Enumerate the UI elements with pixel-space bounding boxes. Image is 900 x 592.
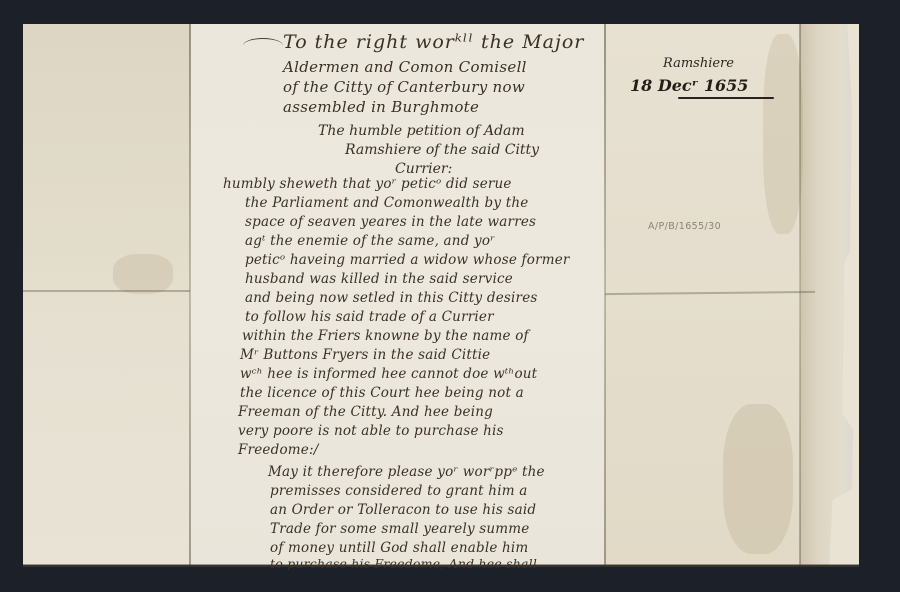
prayer-line: to purchase his Freedome, And hee shall bbox=[270, 558, 537, 571]
body-line: wᶜʰ hee is informed hee cannot doe wᵗʰou… bbox=[240, 368, 537, 382]
paper-stain bbox=[113, 254, 173, 294]
prayer-line: premisses considered to grant him a bbox=[270, 485, 527, 499]
petitioner-line: The humble petition of Adam bbox=[318, 124, 525, 138]
paper-stain bbox=[763, 34, 803, 234]
body-line: the Parliament and Comonwealth by the bbox=[245, 197, 528, 211]
paper-stain bbox=[723, 404, 793, 554]
body-line: the licence of this Court hee being not … bbox=[240, 387, 524, 401]
body-line: husband was killed in the said service bbox=[245, 273, 513, 287]
body-line: humbly sheweth that yoʳ peticᵒ did serue bbox=[223, 178, 512, 192]
body-line: and being now setled in this Citty desir… bbox=[245, 292, 538, 306]
docket-underline bbox=[678, 97, 774, 99]
torn-edge-panel bbox=[800, 24, 859, 565]
body-line: within the Friers knowne by the name of bbox=[242, 330, 529, 344]
petitioner-line: Currier: bbox=[395, 162, 452, 176]
body-line: Freeman of the Citty. And hee being bbox=[238, 406, 493, 420]
body-line: peticᵒ haveing married a widow whose for… bbox=[245, 254, 570, 268]
left-fold-panel bbox=[23, 24, 190, 565]
address-line: of the Citty of Canterbury now bbox=[283, 80, 525, 95]
petitioner-line: Ramshiere of the said Citty bbox=[345, 143, 539, 157]
prayer-line: Trade for some small yearely summe bbox=[270, 523, 530, 537]
body-line: Freedome:/ bbox=[238, 444, 318, 458]
pen-flourish bbox=[243, 38, 283, 53]
document-viewer: To the right worᵏˡˡ the Major Aldermen a… bbox=[0, 0, 900, 592]
prayer-line: of money untill God shall enable him bbox=[270, 542, 528, 556]
docket-name: Ramshiere bbox=[663, 57, 734, 70]
address-line: To the right worᵏˡˡ the Major bbox=[283, 33, 584, 52]
address-line: Aldermen and Comon Comisell bbox=[283, 60, 527, 75]
body-line: to follow his said trade of a Currier bbox=[245, 311, 494, 325]
vertical-fold-line bbox=[799, 24, 801, 565]
body-line: agᵗ the enemie of the same, and yoʳ bbox=[245, 235, 495, 249]
vertical-fold-line bbox=[189, 24, 191, 565]
body-line: Mʳ Buttons Fryers in the said Cittie bbox=[240, 349, 490, 363]
archive-reference: A/P/B/1655/30 bbox=[648, 221, 721, 232]
body-line: very poore is not able to purchase his bbox=[238, 425, 504, 439]
horizontal-fold-line bbox=[23, 290, 190, 292]
prayer-line: an Order or Tolleracon to use his said bbox=[270, 504, 536, 518]
prayer-line: May it therefore please yoʳ worʳppᵉ the bbox=[268, 466, 545, 480]
docket-date: 18 Decʳ 1655 bbox=[630, 78, 748, 94]
address-line: assembled in Burghmote bbox=[283, 100, 479, 115]
body-line: space of seaven yeares in the late warre… bbox=[245, 216, 536, 230]
